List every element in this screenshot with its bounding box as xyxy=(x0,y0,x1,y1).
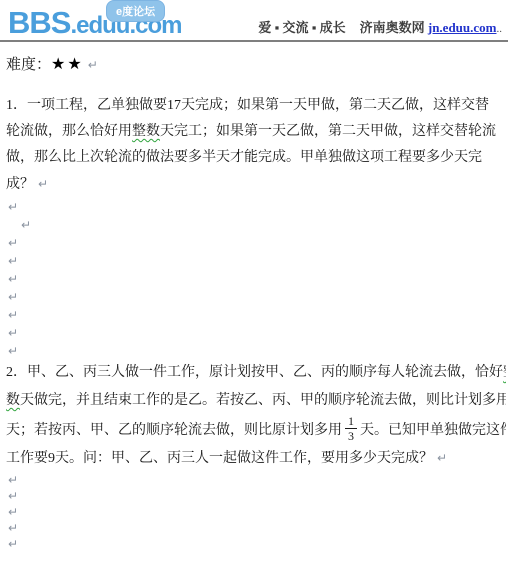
fraction-denominator: 3 xyxy=(348,429,354,444)
problem-2-line-4: 工作要9天。问：甲、乙、丙三人一起做这件工作，要用多少天完成？↵ xyxy=(6,445,506,472)
paragraph-mark: ↵ xyxy=(437,451,447,465)
empty-line: ↵ xyxy=(6,504,506,520)
link-suffix: .. xyxy=(497,23,503,35)
empty-line: ↵ xyxy=(6,234,506,252)
paragraph-mark: ↵ xyxy=(8,326,18,340)
paragraph-mark: ↵ xyxy=(8,290,18,304)
paragraph-mark: ↵ xyxy=(8,473,18,487)
problem-2-line-3-post: 天。已知甲单独做完这件 xyxy=(360,423,506,438)
paragraph-mark: ↵ xyxy=(8,236,18,250)
fraction-numerator: 1 xyxy=(345,416,357,430)
problem-2-line-3: 天；若按丙、甲、乙的顺序轮流去做，则比原计划多用13天。已知甲单独做完这件 xyxy=(6,416,506,446)
paragraph-mark: ↵ xyxy=(8,505,18,519)
empty-line: ↵ xyxy=(6,198,506,216)
paragraph-mark: ↵ xyxy=(8,272,18,286)
difficulty-stars: ★★ xyxy=(51,56,84,73)
difficulty-row: 难度：★★↵ xyxy=(6,54,506,76)
paragraph-mark: ↵ xyxy=(8,254,18,268)
paragraph-mark: ↵ xyxy=(8,489,18,503)
empty-line: ↵ xyxy=(6,288,506,306)
problem-1-line-2-pre: 轮流做，那么恰好用 xyxy=(6,124,132,139)
spellcheck-wavy-text: 数 xyxy=(6,393,20,408)
empty-line: ↵ xyxy=(6,306,506,324)
problem-1-line-2-post: 天完工；如果第一天乙做，第二天甲做，这样交替轮流 xyxy=(160,124,496,139)
empty-line: ↵ xyxy=(6,270,506,288)
empty-line: ↵ xyxy=(6,324,506,342)
problem-2-line-1-pre: 2．甲、乙、丙三人做一件工作，原计划按甲、乙、丙的顺序每人轮流去做，恰好 xyxy=(6,365,503,380)
paragraph-mark: ↵ xyxy=(8,521,18,535)
spellcheck-wavy-text: 整数 xyxy=(132,124,160,139)
site-link[interactable]: jn.eduu.com xyxy=(428,20,497,35)
problem-2-line-2: 数天做完，并且结束工作的是乙。若按乙、丙、甲的顺序轮流去做，则比计划多用12 xyxy=(6,386,506,416)
difficulty-label: 难度： xyxy=(6,57,51,73)
paragraph-mark: ↵ xyxy=(8,200,18,214)
header-tagline-row: 爱 ▪ 交流 ▪ 成长济南奥数网 jn.eduu.com.. xyxy=(258,17,502,36)
problem-1-line-4-text: 成？ xyxy=(6,177,34,192)
problem-1-line-3: 做，那么比上次轮流的做法要多半天才能完成。甲单独做这项工程要多少天完 xyxy=(6,145,506,171)
problem-1-line-1: 1．一项工程，乙单独做要17天完成；如果第一天甲做，第二天乙做，这样交替 xyxy=(6,93,506,119)
paragraph-mark: ↵ xyxy=(88,58,98,72)
paragraph-mark: ↵ xyxy=(8,308,18,322)
empty-line: ↵ xyxy=(6,342,506,360)
empty-line: ↵ xyxy=(6,216,506,234)
badge-tail xyxy=(112,17,119,23)
problem-1-line-4: 成？↵ xyxy=(6,171,506,198)
fraction-one-third: 13 xyxy=(345,416,357,445)
empty-line: ↵ xyxy=(6,472,506,488)
site-name: 济南奥数网 xyxy=(360,20,425,35)
document-body: 难度：★★↵ 1．一项工程，乙单独做要17天完成；如果第一天甲做，第二天乙做，这… xyxy=(0,54,508,552)
empty-line: ↵ xyxy=(6,536,506,552)
problem-2-line-4-text: 工作要9天。问：甲、乙、丙三人一起做这件工作，要用多少天完成？ xyxy=(6,451,433,466)
paragraph-mark: ↵ xyxy=(8,537,18,551)
empty-line: ↵ xyxy=(6,252,506,270)
empty-paragraphs-middle: ↵ ↵ ↵ ↵ ↵ ↵ ↵ ↵ ↵ xyxy=(6,198,506,360)
problem-2: 2．甲、乙、丙三人做一件工作，原计划按甲、乙、丙的顺序每人轮流去做，恰好整 数天… xyxy=(6,360,506,472)
paragraph-mark: ↵ xyxy=(8,344,18,358)
empty-line: ↵ xyxy=(6,520,506,536)
empty-line: ↵ xyxy=(6,488,506,504)
problem-2-line-2-text: 天做完，并且结束工作的是乙。若按乙、丙、甲的顺序轮流去做，则比计划多用 xyxy=(20,393,506,408)
logo-bbs-text: BBS xyxy=(8,5,70,40)
empty-paragraphs-bottom: ↵ ↵ ↵ ↵ ↵ xyxy=(6,472,506,552)
spellcheck-wavy-text: 整 xyxy=(503,365,506,380)
paragraph-mark: ↵ xyxy=(38,177,48,191)
problem-1: 1．一项工程，乙单独做要17天完成；如果第一天甲做，第二天乙做，这样交替 轮流做… xyxy=(6,93,506,198)
problem-2-line-1: 2．甲、乙、丙三人做一件工作，原计划按甲、乙、丙的顺序每人轮流去做，恰好整 xyxy=(6,360,506,386)
page-header: BBS.eduuˇ.com e度论坛 爱 ▪ 交流 ▪ 成长济南奥数网 jn.e… xyxy=(0,0,508,40)
paragraph-mark: ↵ xyxy=(21,218,31,232)
problem-2-line-3-pre: 天；若按丙、甲、乙的顺序轮流去做，则比原计划多用 xyxy=(6,423,342,438)
problem-1-line-2: 轮流做，那么恰好用整数天完工；如果第一天乙做，第二天甲做，这样交替轮流 xyxy=(6,119,506,145)
tagline-text: 爱 ▪ 交流 ▪ 成长 xyxy=(258,20,345,35)
